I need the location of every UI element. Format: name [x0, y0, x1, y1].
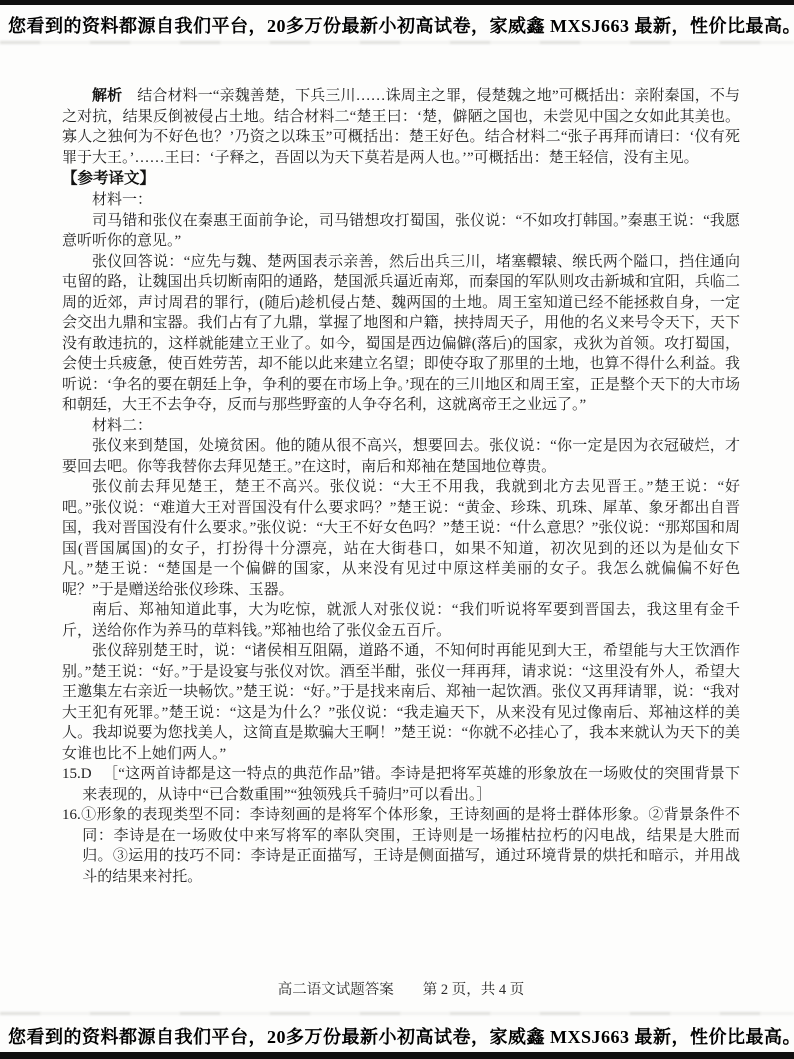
scanned-answer-page: 您看到的资料都源自我们平台，20多万份最新小初高试卷，家威鑫 MXSJ663 最… [0, 0, 794, 1059]
material2-paragraph-3: 南后、郑袖知道此事，大为吃惊，就派人对张仪说：“我们听说将军要到晋国去，我这里有… [62, 600, 740, 641]
watermark-banner-top: 您看到的资料都源自我们平台，20多万份最新小初高试卷，家威鑫 MXSJ663 最… [8, 12, 788, 38]
material2-paragraph-2: 张仪前去拜见楚王，楚王不高兴。张仪说：“大王不用我，我就到北方去见晋王。”楚王说… [62, 477, 740, 600]
answer-15-text: ［“这两首诗都是这一特点的典范作品”错。李诗是把将军英雄的形象放在一场败仗的突围… [82, 766, 740, 803]
footer-title: 高二语文试题答案 [278, 982, 394, 998]
scan-smudge-bottom [0, 1012, 794, 1015]
reference-translation-heading: 【参考译文】 [62, 168, 740, 190]
material1-paragraph-1: 司马错和张仪在秦惠王面前争论，司马错想攻打蜀国，张仪说：“不如攻打韩国。”秦惠王… [62, 211, 740, 252]
answer-content: 解析结合材料一“亲魏善楚，下兵三川……诛周主之罪，侵楚魏之地”可概括出：亲附秦国… [62, 86, 740, 887]
material2-paragraph-4: 张仪辞别楚王时，说：“诸侯相互阻隔，道路不通，不知何时再能见到大王，希望能与大王… [62, 641, 740, 764]
analysis-paragraph: 解析结合材料一“亲魏善楚，下兵三川……诛周主之罪，侵楚魏之地”可概括出：亲附秦国… [62, 86, 740, 168]
analysis-label: 解析 [92, 87, 122, 104]
top-black-bar [0, 0, 794, 5]
footer-page-info: 第 2 页，共 4 页 [423, 982, 525, 998]
answer-15: 15.D［“这两首诗都是这一特点的典范作品”错。李诗是把将军英雄的形象放在一场败… [62, 764, 740, 805]
watermark-banner-bottom: 您看到的资料都源自我们平台，20多万份最新小初高试卷，家威鑫 MXSJ663 最… [8, 1023, 788, 1049]
answer-15-number: 15.D [62, 766, 92, 782]
material2-paragraph-1: 张仪来到楚国，处境贫困。他的随从很不高兴，想要回去。张仪说：“你一定是因为衣冠破… [62, 436, 740, 477]
answer-16-text: ①形象的表现类型不同：李诗刻画的是将军个体形象，王诗刻画的是将士群体形象。②背景… [81, 807, 740, 885]
bottom-black-bar [0, 1052, 794, 1059]
answer-16: 16.①形象的表现类型不同：李诗刻画的是将军个体形象，王诗刻画的是将士群体形象。… [62, 805, 740, 887]
material1-paragraph-2: 张仪回答说：“应先与魏、楚两国表示亲善，然后出兵三川，堵塞轘辕、缑氏两个隘口，挡… [62, 252, 740, 416]
material2-label: 材料二： [62, 416, 740, 437]
answer-16-number: 16. [62, 807, 81, 823]
scan-smudge-top [0, 41, 794, 44]
analysis-text: 结合材料一“亲魏善楚，下兵三川……诛周主之罪，侵楚魏之地”可概括出：亲附秦国，不… [62, 88, 740, 166]
page-footer: 高二语文试题答案第 2 页，共 4 页 [62, 978, 740, 999]
material1-label: 材料一： [62, 190, 740, 211]
